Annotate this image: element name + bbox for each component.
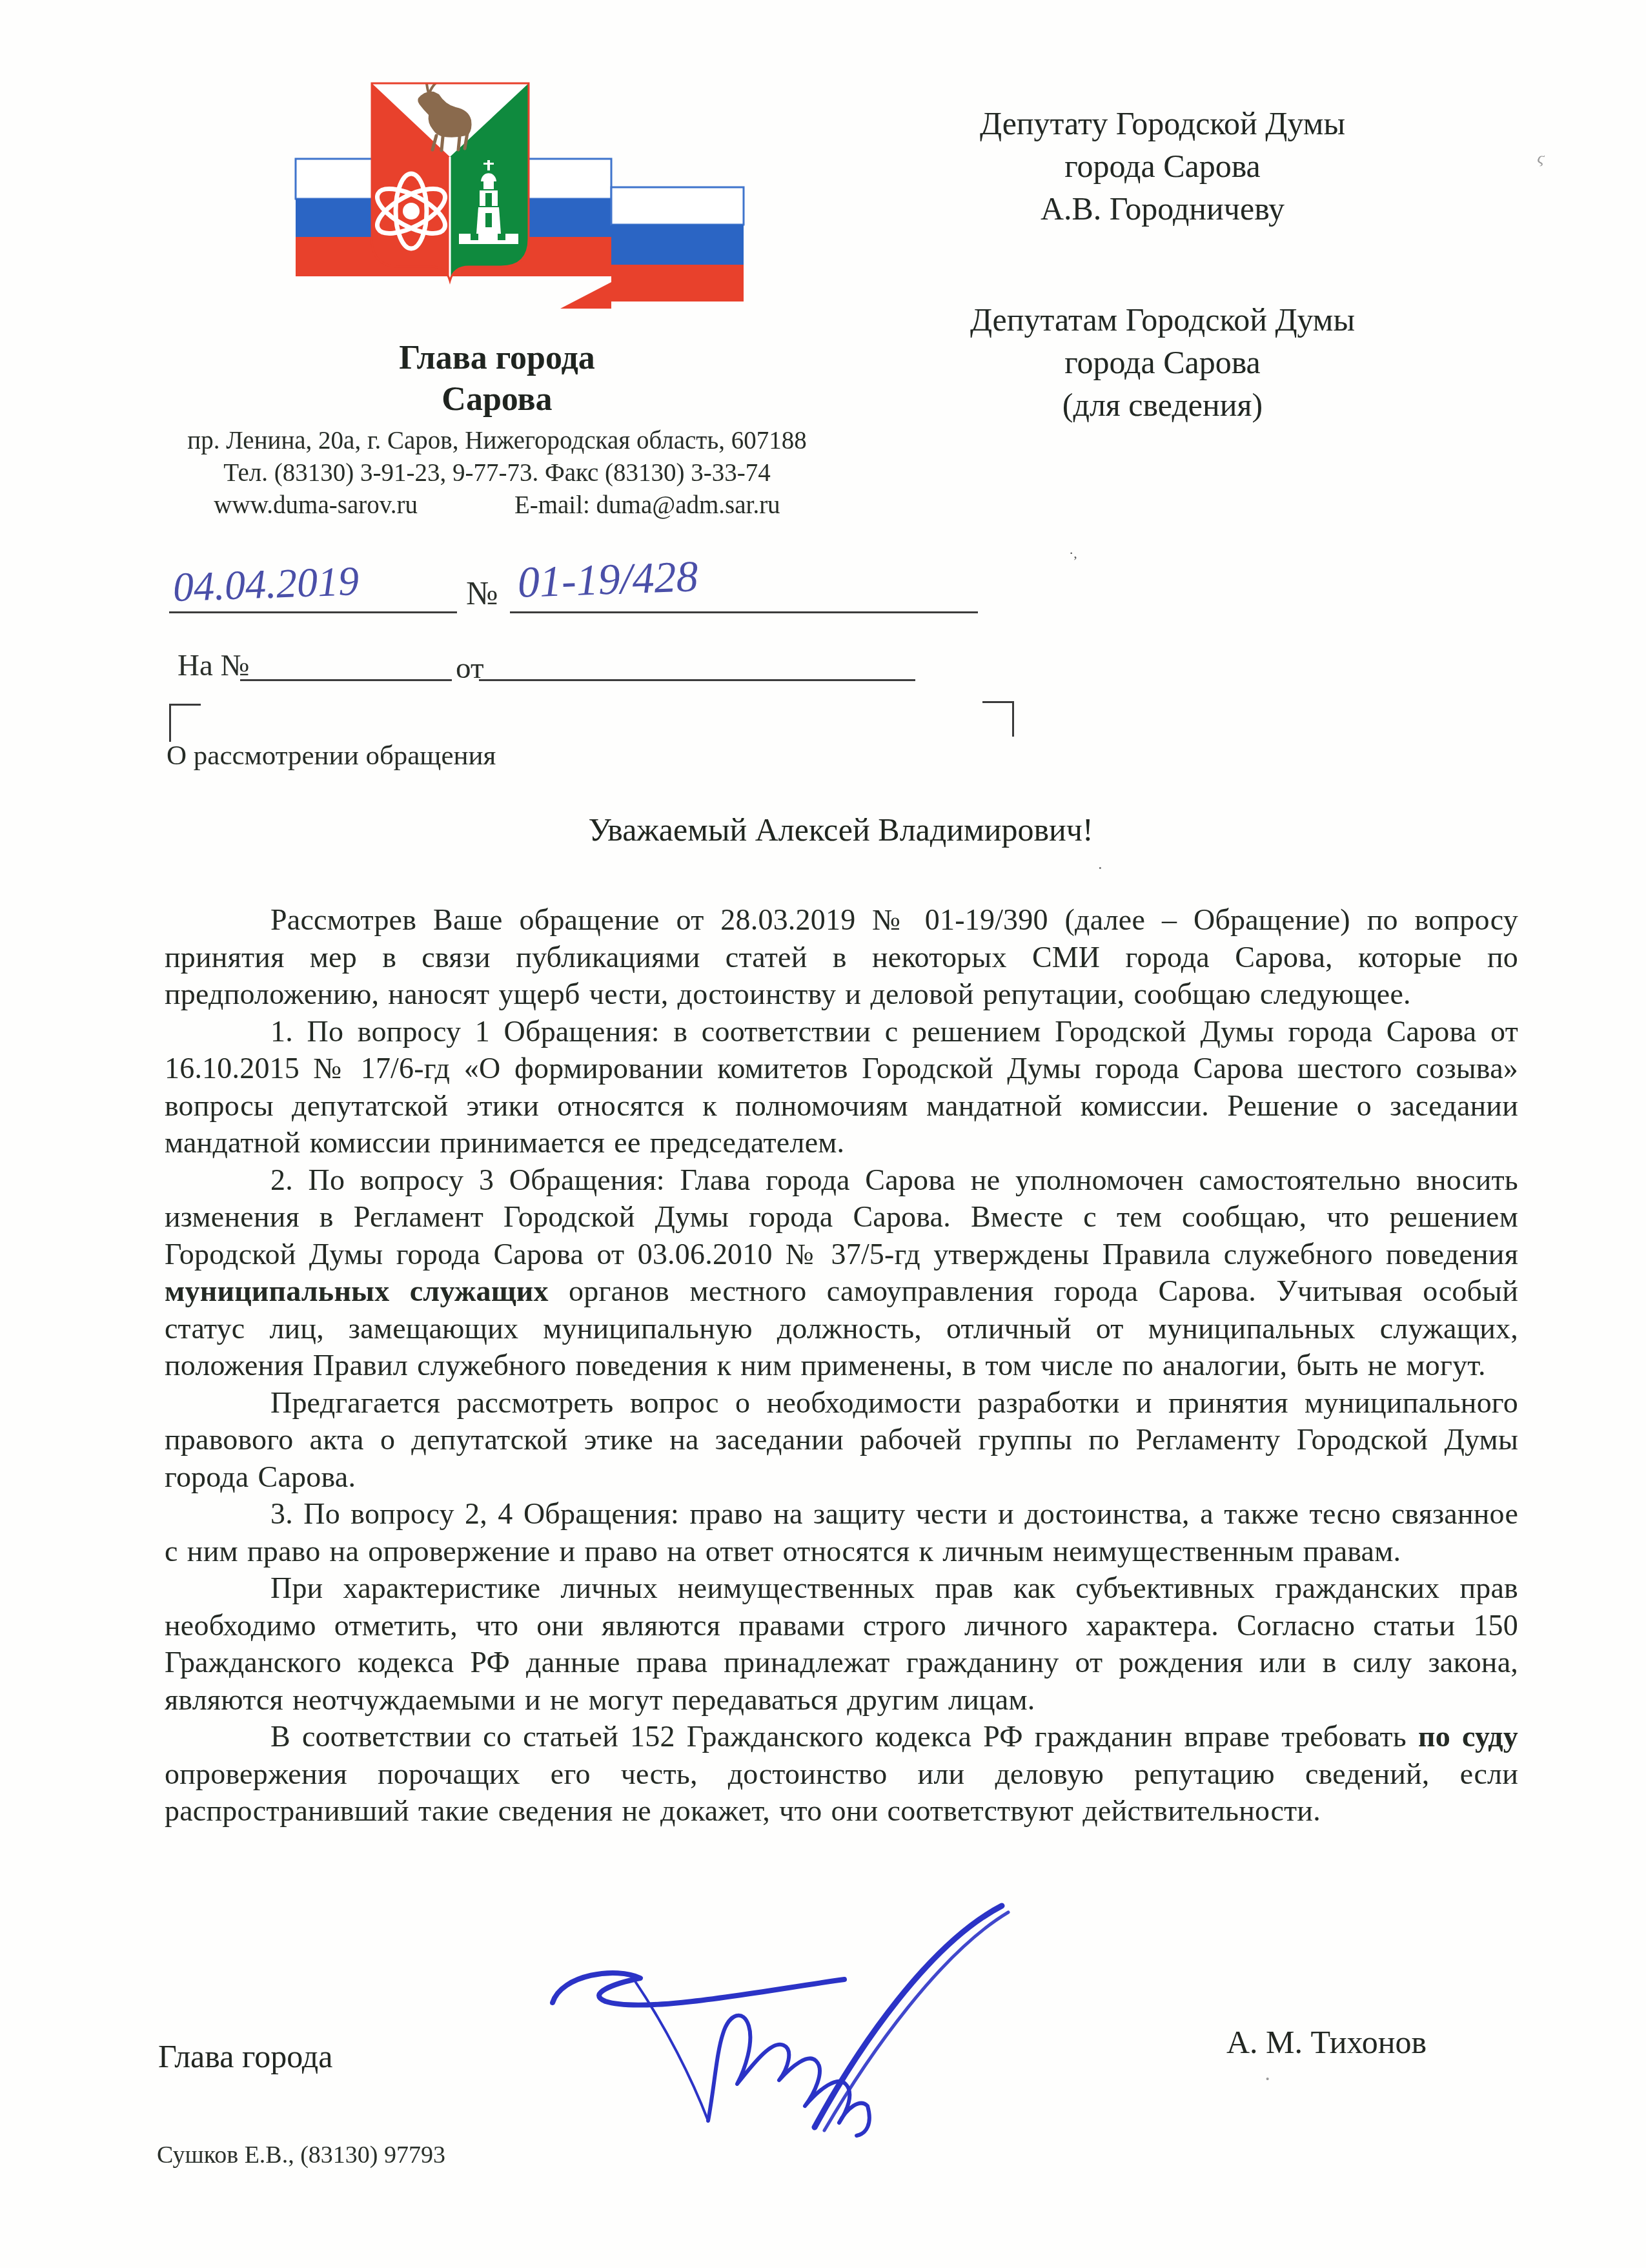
letterhead-org-line1: Глава города [271,338,723,378]
executor-contact: Сушков Е.В., (83130) 97793 [157,2141,445,2169]
letterhead-org-line2: Сарова [271,380,723,420]
number-underline [510,581,978,613]
reply-number-underline [240,651,452,681]
shield [371,76,529,283]
recipient-line: города Сарова [900,341,1425,383]
date-underline [169,582,457,613]
body-paragraph: Рассмотрев Ваше обращение от 28.03.2019 … [165,901,1518,1013]
letterhead-phone: Тел. (83130) 3-91-23, 9-77-73. Факс (831… [97,457,897,489]
letterhead-web-row: www.duma-sarov.ru E-mail: duma@adm.sar.r… [97,489,897,522]
handwritten-signature [516,1885,1046,2156]
recipient-line: Депутатам Городской Думы [900,298,1425,341]
scan-artifact: · [1264,2069,1271,2090]
flag-fold [560,282,611,309]
letterhead-address: пр. Ленина, 20а, г. Саров, Нижегородская… [97,425,897,457]
sarov-coat-of-arms [284,76,755,316]
letter-body: Рассмотрев Ваше обращение от 28.03.2019 … [165,901,1518,1830]
signature-position-label: Глава города [158,2038,332,2075]
scan-artifact: ·, [1069,546,1077,560]
body-paragraph: При характеристике личных неимущественны… [165,1569,1518,1718]
body-paragraph: В соответствии со статьей 152 Гражданско… [165,1718,1518,1830]
body-paragraph: Предгагается рассмотреть вопрос о необхо… [165,1384,1518,1496]
recipient-line: (для сведения) [900,383,1425,426]
letterhead-email: E-mail: duma@adm.sar.ru [514,489,780,522]
body-paragraph: 2. По вопросу 3 Обращения: Глава города … [165,1161,1518,1384]
recipient-secondary-block: Депутатам Городской Думы города Сарова (… [900,298,1425,426]
recipient-primary-block: Депутату Городской Думы города Сарова А.… [900,102,1425,230]
reply-date-underline [479,651,915,681]
recipient-line: А.В. Городничеву [900,187,1425,230]
letterhead-website: www.duma-sarov.ru [214,489,418,522]
body-paragraph: 1. По вопросу 1 Обращения: в соответстви… [165,1013,1518,1161]
salutation: Уважаемый Алексей Владимирович! [165,811,1517,848]
scan-artifact: · [1097,860,1103,877]
recipient-line: Депутату Городской Думы [900,102,1425,145]
address-corner-mark-left [169,704,201,742]
body-paragraph: 3. По вопросу 2, 4 Обращения: право на з… [165,1495,1518,1569]
scanned-letter-page: Глава города Сарова пр. Ленина, 20а, г. … [0,0,1646,2268]
subject-line: О рассмотрении обращения [167,740,496,771]
signature-name: А. М. Тихонов [1226,2023,1427,2061]
recipient-line: города Сарова [900,145,1425,187]
number-sign: № [466,575,498,613]
scan-artifact: ϛ [1536,149,1547,167]
address-corner-mark-right [982,701,1014,737]
reply-ref-label: На № [178,648,249,683]
